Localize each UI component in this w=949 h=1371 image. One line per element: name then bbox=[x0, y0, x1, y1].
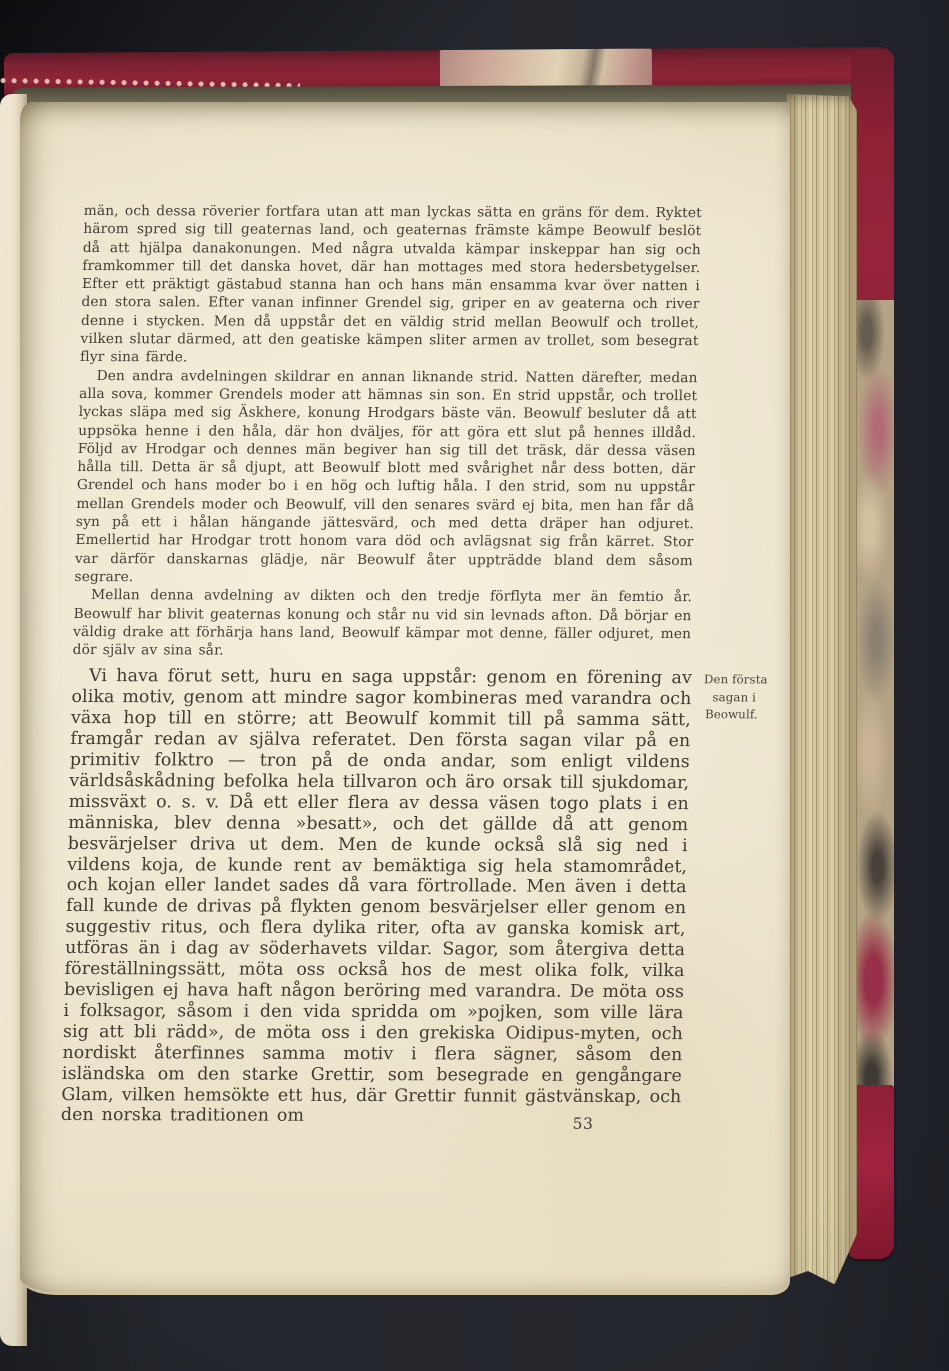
right-cover-edge-top bbox=[851, 50, 894, 342]
fore-edge-page-stack bbox=[787, 94, 857, 1300]
body-paragraph: Vi hava förut sett, huru en saga uppstår… bbox=[61, 666, 693, 1128]
synopsis-section: män, och dessa röverier fortfara utan at… bbox=[72, 202, 702, 662]
margin-note-line: Beowulf. bbox=[703, 707, 779, 725]
scanned-book-photo: män, och dessa röverier fortfara utan at… bbox=[0, 0, 949, 1371]
margin-note-line: Den första bbox=[704, 672, 780, 690]
margin-note-line: sagan i bbox=[703, 689, 779, 707]
page-number: 53 bbox=[572, 1115, 593, 1133]
synopsis-paragraph-3: Mellan denna avdelning av dikten och den… bbox=[72, 586, 692, 661]
synopsis-paragraph-1: män, och dessa röverier fortfara utan at… bbox=[80, 202, 702, 369]
marbled-endpaper-strip bbox=[853, 300, 894, 1110]
margin-note: Den första sagan i Beowulf. bbox=[703, 672, 780, 725]
page-text-block: män, och dessa röverier fortfara utan at… bbox=[61, 202, 714, 1129]
body-section: Vi hava förut sett, huru en saga uppstår… bbox=[61, 666, 693, 1128]
book-page: män, och dessa röverier fortfara utan at… bbox=[20, 102, 790, 1295]
synopsis-paragraph-2: Den andra avdelningen skildrar en annan … bbox=[74, 367, 698, 589]
